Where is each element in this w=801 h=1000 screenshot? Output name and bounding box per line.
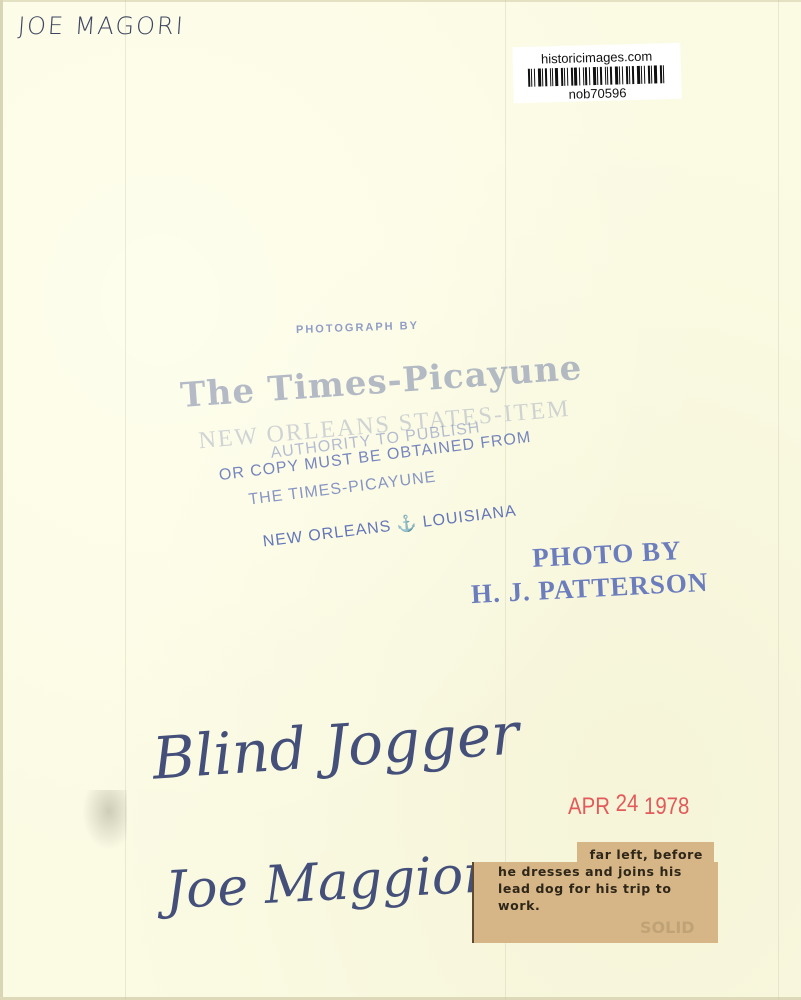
- date-day: 24: [616, 790, 639, 817]
- clipping-ghost-text: SOLID: [640, 918, 695, 937]
- date-stamp: APR 24 1978: [568, 793, 689, 821]
- clipping-line: work.: [498, 897, 703, 914]
- date-year: 1978: [644, 793, 689, 820]
- photographer-stamp: PHOTO BY H. J. PATTERSON: [506, 533, 709, 609]
- paper-edge-top: [0, 0, 801, 2]
- clipping-line: lead dog for his trip to: [498, 880, 703, 897]
- paper-edge-left: [0, 0, 3, 1000]
- paper-crease: [778, 0, 779, 1000]
- archive-label-sticker: historicimages.com nob70596: [512, 43, 681, 103]
- clipping-line: he dresses and joins his: [498, 863, 703, 880]
- top-handwritten-name: JOE MAGORI: [17, 12, 186, 40]
- clipping-caption: far left, before he dresses and joins hi…: [498, 846, 703, 914]
- paper-crease: [125, 0, 126, 1000]
- label-site: historicimages.com: [512, 48, 680, 67]
- clipping-line: far left, before: [498, 846, 703, 863]
- smudge-mark: [82, 790, 127, 850]
- date-month: APR: [568, 793, 610, 820]
